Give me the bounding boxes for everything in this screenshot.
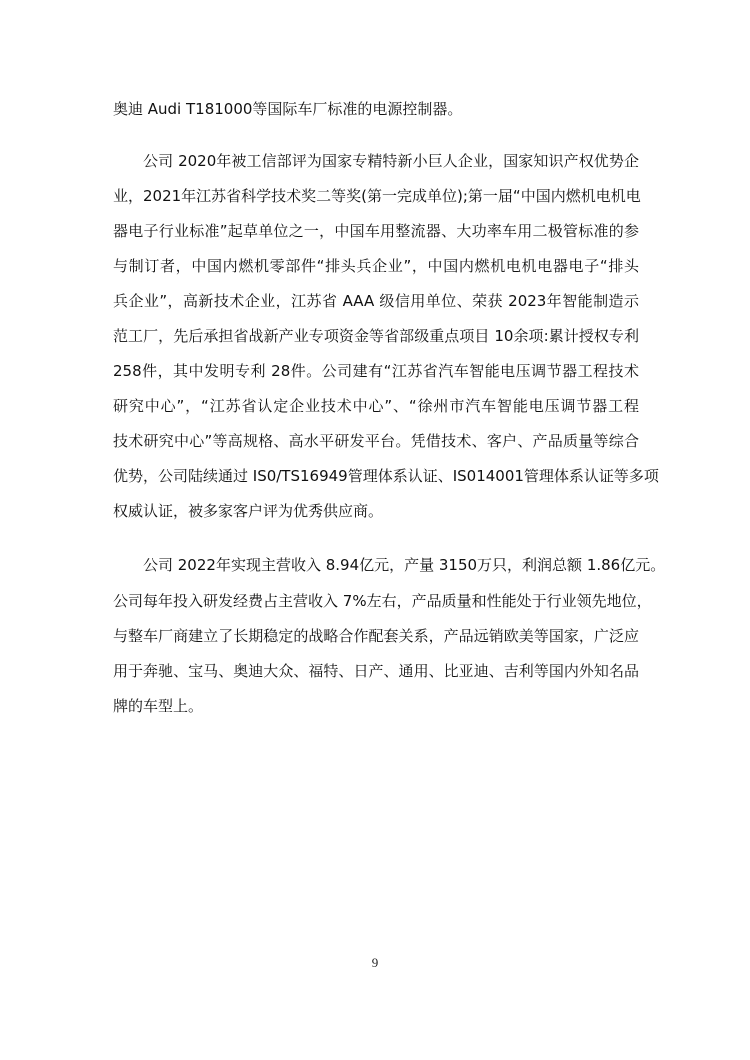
paragraph-2-line-11: 权威认证，被多家客户评为优秀供应商。 xyxy=(113,501,639,521)
paragraph-2-line-10: 优势，公司陆续通过 IS0/TS16949管理体系认证、IS014001管理体系… xyxy=(113,466,639,486)
paragraph-3-line-4: 用于奔驰、宝马、奥迪大众、福特、日产、通用、比亚迪、吉利等国内外知名品 xyxy=(113,661,639,681)
paragraph-1-line-1: 奥迪 Audi T181000等国际车厂标准的电源控制器。 xyxy=(113,99,639,119)
paragraph-2-line-8: 研究中心”，“江苏省认定企业技术中心”、“徐州市汽车智能电压调节器工程 xyxy=(113,396,639,416)
paragraph-3-line-2: 公司每年投入研发经费占主营收入 7%左右，产品质量和性能处于行业领先地位， xyxy=(113,591,639,611)
paragraph-2-line-2: 业，2021年江苏省科学技术奖二等奖(第一完成单位);第一届“中国内燃机电机电 xyxy=(113,186,639,206)
paragraph-3-line-3: 与整车厂商建立了长期稳定的战略合作配套关系，产品远销欧美等国家，广泛应 xyxy=(113,626,639,646)
paragraph-2-line-6: 范工厂，先后承担省战新产业专项资金等省部级重点项目 10余项:累计授权专利 xyxy=(113,326,639,346)
paragraph-2-line-1: 公司 2020年被工信部评为国家专精特新小巨人企业，国家知识产权优势企 xyxy=(143,151,639,171)
page-number: 9 xyxy=(0,955,750,971)
document-page: 奥迪 Audi T181000等国际车厂标准的电源控制器。 公司 2020年被工… xyxy=(0,0,750,1060)
paragraph-2-line-9: 技术研究中心”等高规格、高水平研发平台。凭借技术、客户、产品质量等综合 xyxy=(113,431,639,451)
paragraph-3-line-1: 公司 2022年实现主营收入 8.94亿元，产量 3150万只，利润总额 1.8… xyxy=(143,555,639,575)
paragraph-3-line-5: 牌的车型上。 xyxy=(113,696,639,716)
paragraph-2-line-7: 258件，其中发明专利 28件。公司建有“江苏省汽车智能电压调节器工程技术 xyxy=(113,361,639,381)
paragraph-2-line-3: 器电子行业标准”起草单位之一，中国车用整流器、大功率车用二极管标准的参 xyxy=(113,221,639,241)
paragraph-2-line-4: 与制订者，中国内燃机零部件“排头兵企业”，中国内燃机电机电器电子“排头 xyxy=(113,256,639,276)
paragraph-2-line-5: 兵企业”，高新技术企业，江苏省 AAA 级信用单位、荣获 2023年智能制造示 xyxy=(113,291,639,311)
